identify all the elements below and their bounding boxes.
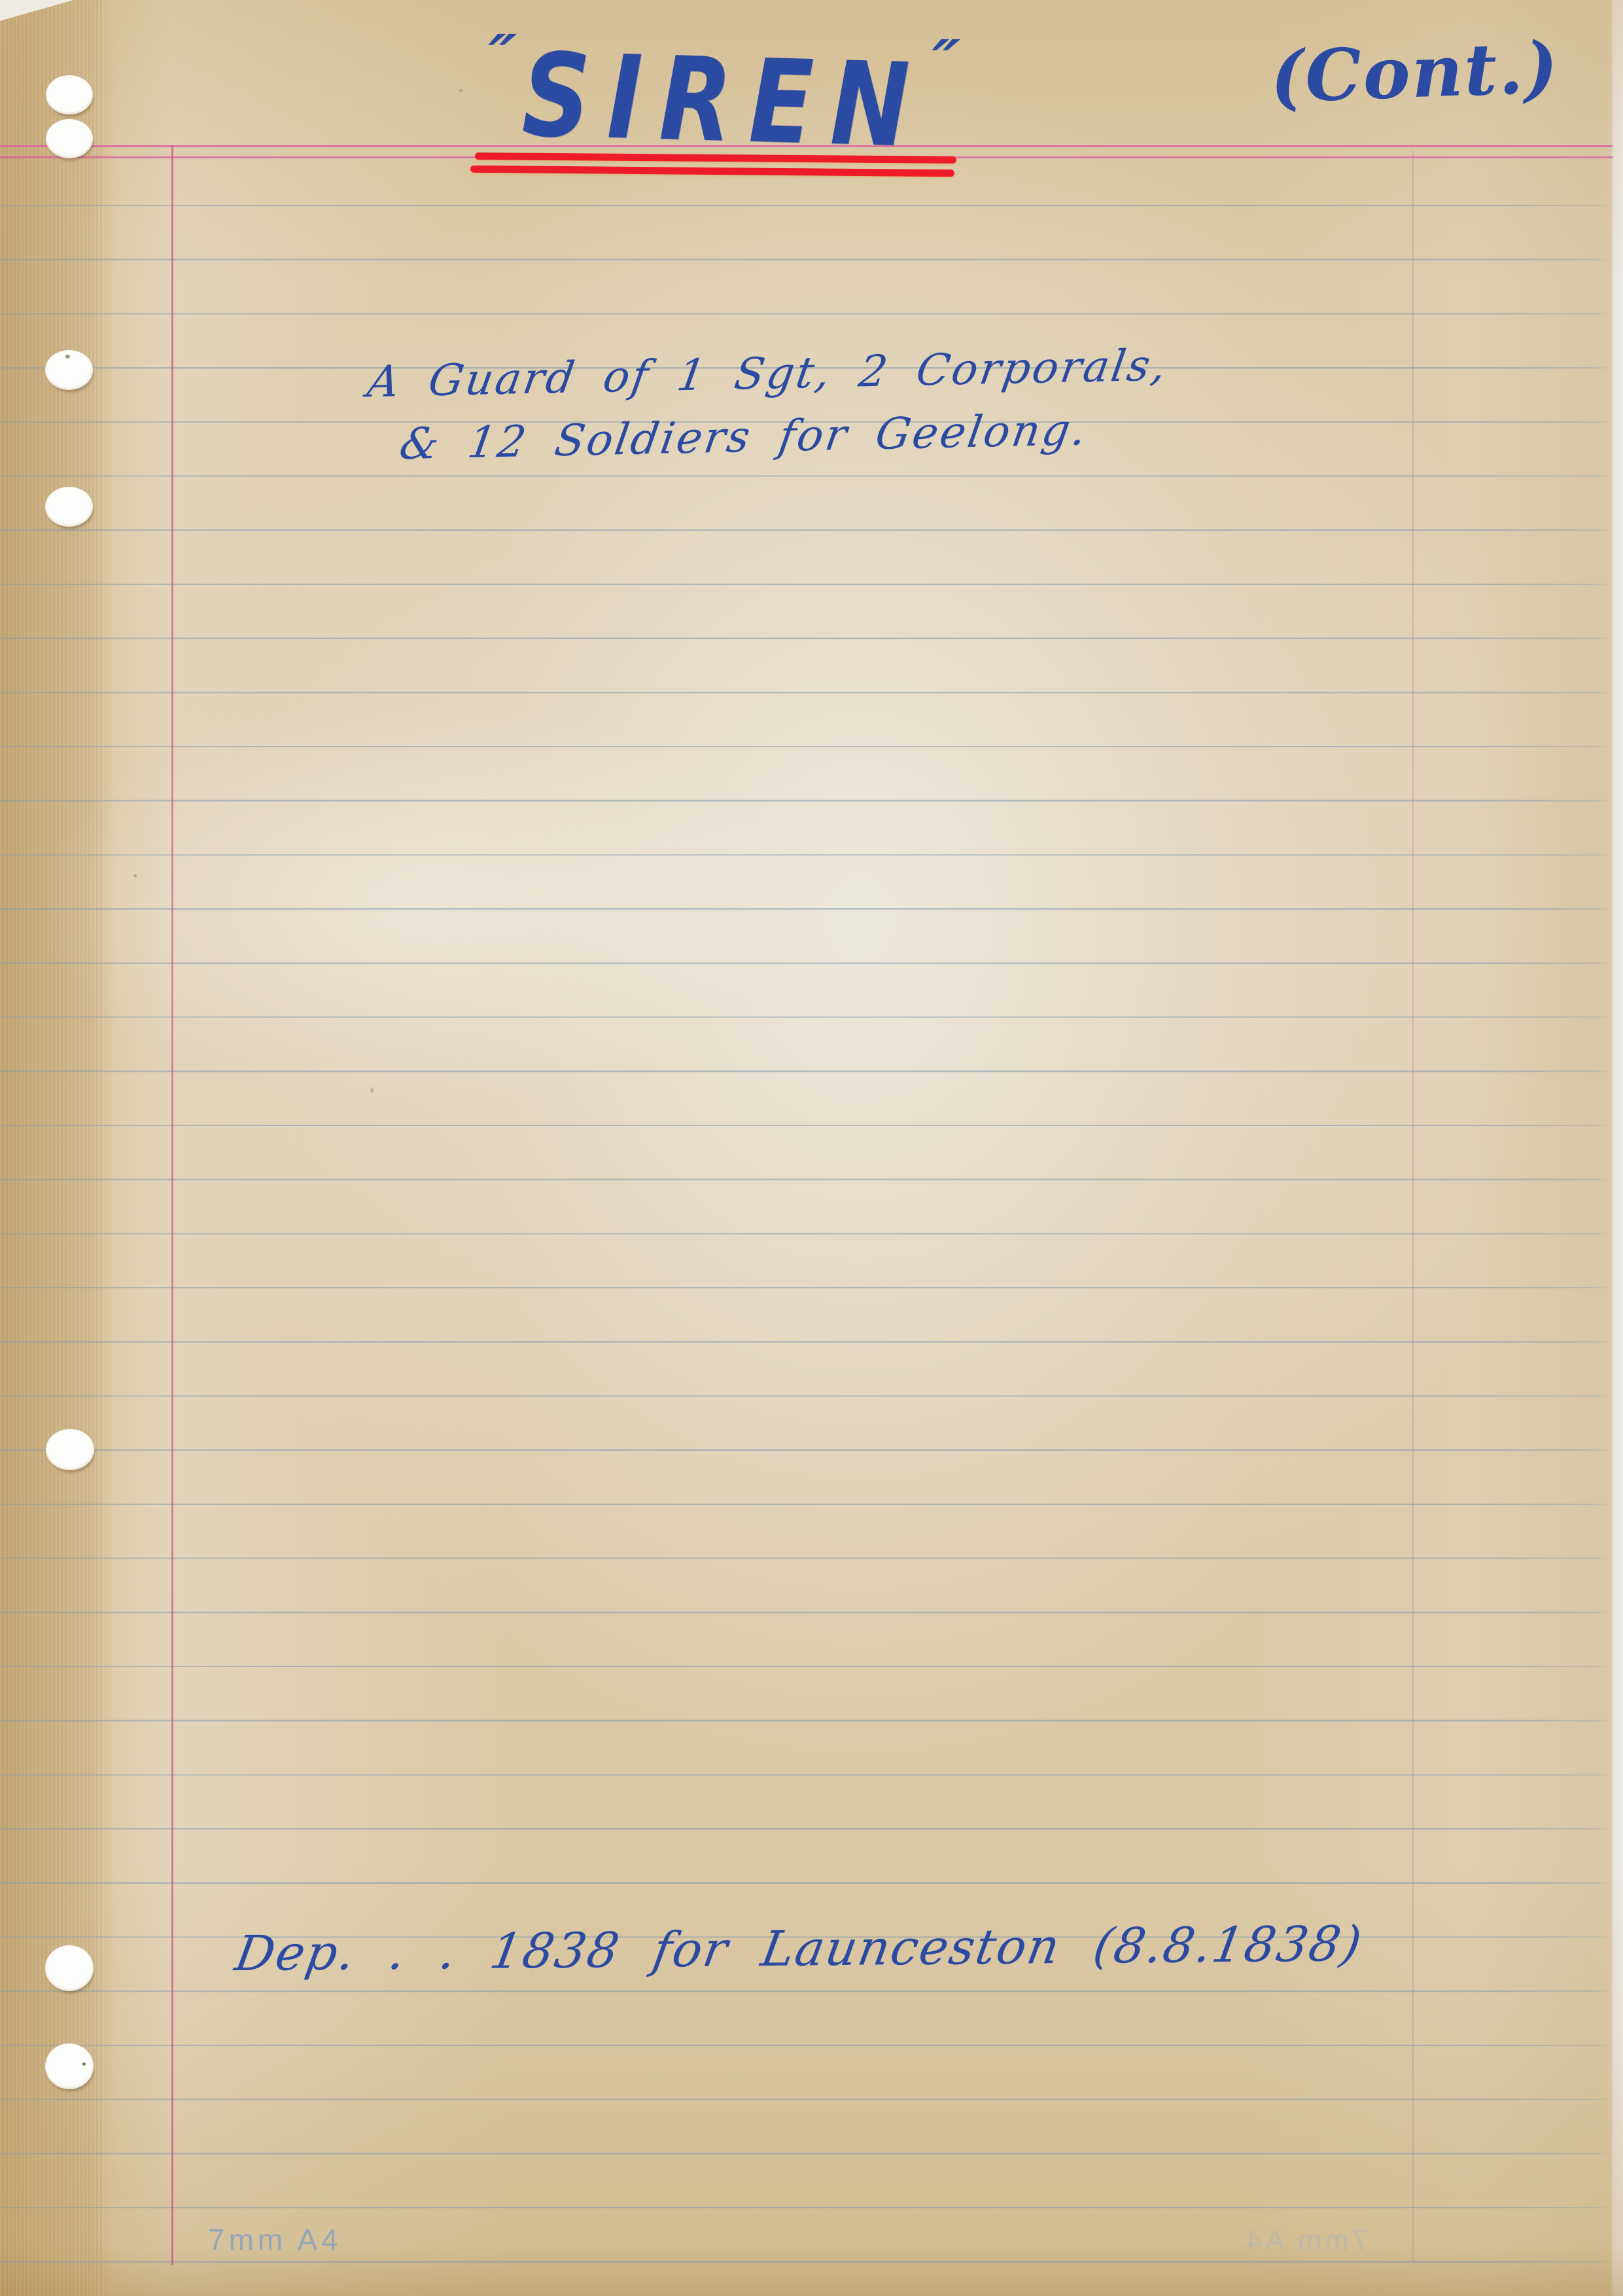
punch-hole	[46, 119, 93, 158]
title-close-quote: ″	[922, 33, 962, 93]
scanned-notebook-page: ″ SIREN ″ (Cont.) A Guard of 1 Sgt, 2 Co…	[0, 0, 1623, 2296]
paper-speck	[82, 2062, 86, 2066]
paper-speck	[370, 1087, 374, 1093]
showthrough-margin-line	[1412, 150, 1414, 2261]
left-margin-line	[171, 145, 173, 2265]
paper-speck	[65, 355, 70, 359]
punch-hole	[46, 1429, 94, 1470]
title-open-quote: ″	[479, 27, 519, 88]
handwritten-guard-note: A Guard of 1 Sgt, 2 Corporals, & 12 Sold…	[353, 330, 1353, 476]
paper-spec-showthrough-label: 7mm A4	[1243, 2225, 1368, 2257]
continuation-note: (Cont.)	[1269, 29, 1560, 116]
paper-speck	[133, 874, 137, 877]
punch-hole	[45, 1945, 94, 1991]
handwritten-departure-note: Dep. . . 1838 for Launceston (8.8.1838)	[231, 1915, 1367, 1983]
punch-hole	[45, 2043, 94, 2089]
punch-hole	[45, 487, 93, 527]
punch-hole	[46, 75, 93, 115]
paper-spec-label: 7mm A4	[208, 2222, 342, 2257]
page-title: SIREN	[521, 38, 928, 164]
paper-speck	[459, 89, 462, 92]
